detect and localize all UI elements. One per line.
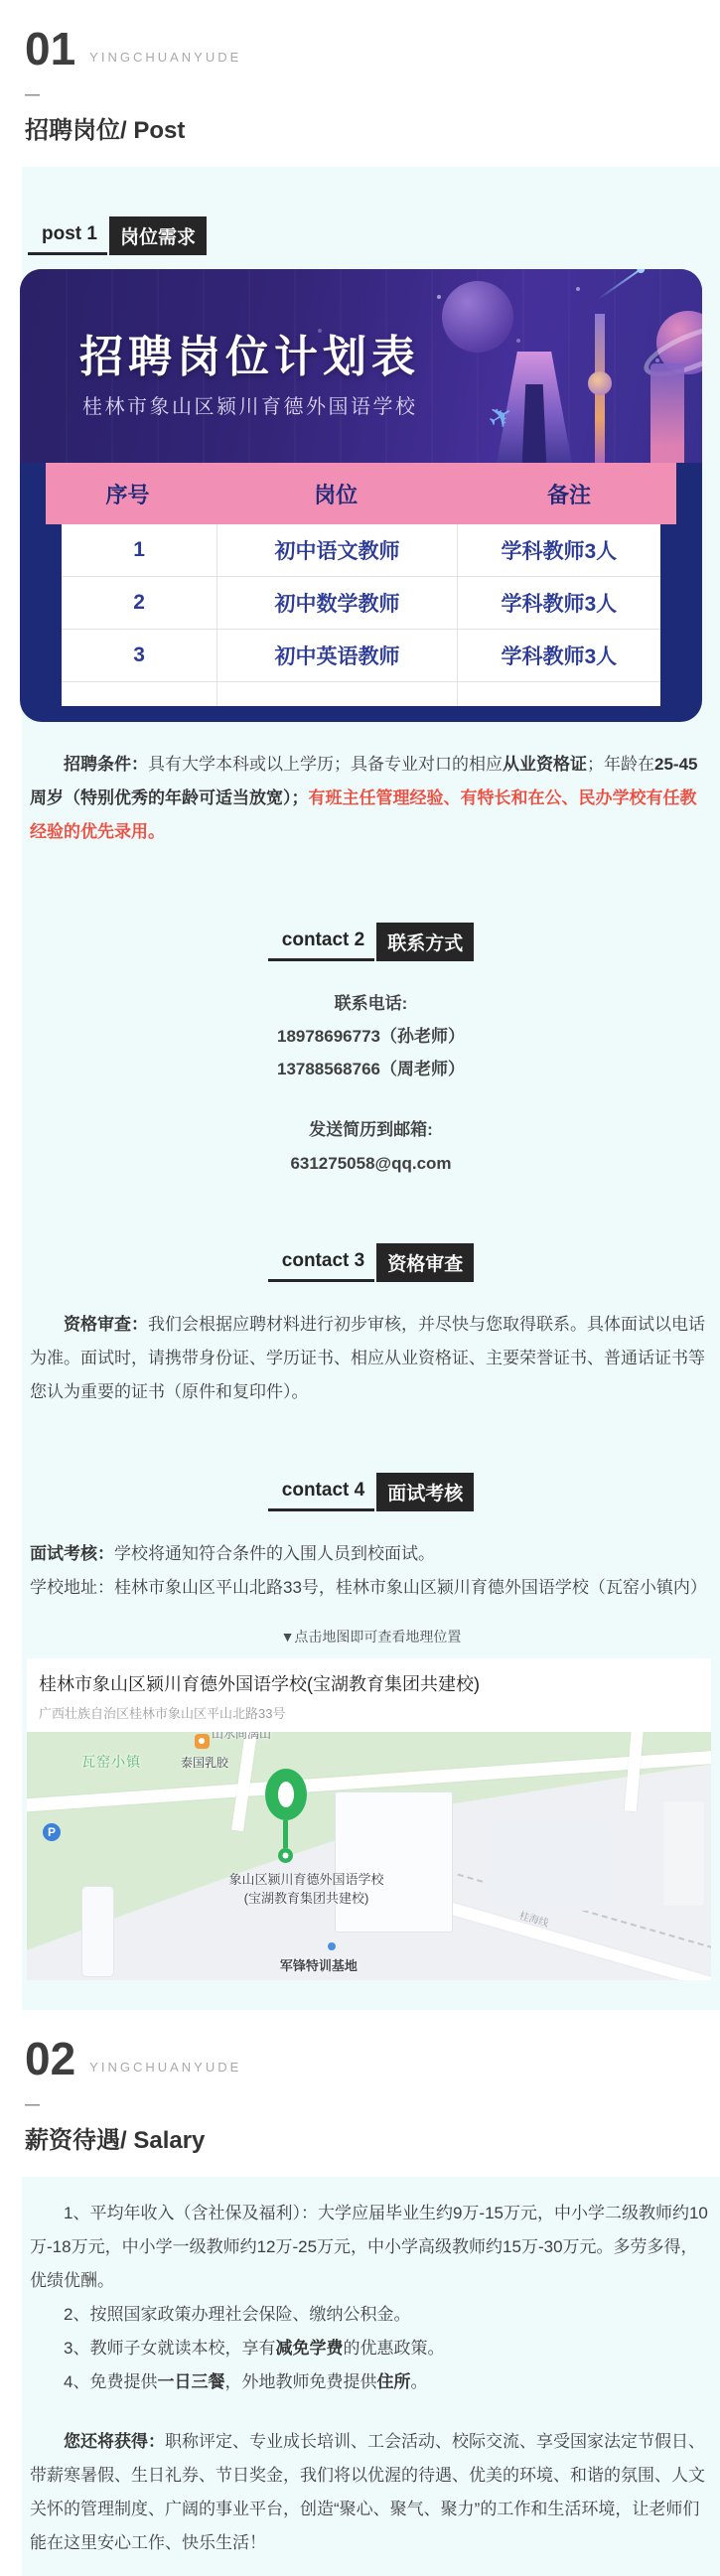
table-row: 2 初中数学教师 学科教师3人 xyxy=(62,577,660,630)
salary-item-4-bold2: 住所 xyxy=(376,2372,410,2391)
cell-remark: 学科教师3人 xyxy=(458,524,660,576)
requirements-paragraph: 招聘条件：具有大学本科或以上学历；具备专业对口的相应从业资格证；年龄在25-45… xyxy=(22,748,720,849)
contact3-badge-en: contact 3 xyxy=(268,1250,374,1282)
section-1-header: 01 YINGCHUANYUDE — 招聘岗位/ Post xyxy=(0,0,720,167)
decorative-dash: — xyxy=(25,2097,720,2112)
cell-index: 3 xyxy=(62,630,217,681)
email-address: 631275058@qq.com xyxy=(22,1147,720,1180)
post-table-header: 序号 岗位 备注 xyxy=(46,463,676,524)
requirements-bold-1: 从业资格证 xyxy=(503,755,587,774)
post-badge: post 1 岗位需求 xyxy=(28,216,720,255)
map-pin-stem xyxy=(283,1820,288,1848)
salary-section: 1、平均年收入（含社保及福利）：大学应届毕业生约9万-15万元，中小学二级教师约… xyxy=(22,2177,720,2576)
cell-post: 初中语文教师 xyxy=(217,524,457,576)
salary-item-4-text: 4、免费提供 xyxy=(64,2372,157,2391)
salary-item-2: 2、按照国家政策办理社会保险、缴纳公积金。 xyxy=(22,2298,720,2332)
salary-item-4-bold1: 一日三餐 xyxy=(157,2372,224,2391)
cell-post: 初中英语教师 xyxy=(217,630,457,681)
contact4-badge-zh: 面试考核 xyxy=(376,1473,474,1511)
map-building-right xyxy=(486,1816,616,1911)
cell-index: 2 xyxy=(62,577,217,629)
phone-number-1: 18978696773（孙老师） xyxy=(22,1020,720,1053)
col-header-post: 岗位 xyxy=(210,479,462,509)
contact3-badge: contact 3 资格审查 xyxy=(22,1243,720,1282)
col-header-index: 序号 xyxy=(46,479,210,509)
poi-dot-icon xyxy=(328,1942,336,1950)
poster-title: 招聘岗位计划表 xyxy=(79,321,420,384)
map-card-header: 桂林市象山区颍川育德外国语学校(宝湖教育集团共建校) 广西壮族自治区桂林市象山区… xyxy=(27,1658,711,1732)
map-pin-label: 象山区颍川育德外国语学校 (宝湖教育集团共建校) xyxy=(187,1871,425,1909)
map-pin-label-line2: (宝湖教育集团共建校) xyxy=(187,1890,425,1909)
contact3-badge-zh: 资格审查 xyxy=(376,1243,474,1282)
requirements-text-2: ；年龄在 xyxy=(587,755,654,774)
salary-item-3-tail: 的优惠政策。 xyxy=(343,2339,444,2358)
map-pin-label-line1: 象山区颍川育德外国语学校 xyxy=(187,1871,425,1890)
map-label-shop: 泰国乳胶 xyxy=(181,1754,228,1771)
salary-item-4-mid: ，外地教师免费提供 xyxy=(224,2372,376,2391)
shop-poi-icon xyxy=(195,1734,210,1749)
requirements-bold-3: （特别优秀的年龄可适当放宽）； xyxy=(64,788,309,807)
map-poi-title: 桂林市象山区颍川育德外国语学校(宝湖教育集团共建校) xyxy=(39,1670,699,1696)
closing-paragraph: 您还将获得：职称评定、专业成长培训、工会活动、校际交流、享受国家法定节假日、带薪… xyxy=(22,2425,720,2560)
map-label-training-base: 军锋特训基地 xyxy=(280,1955,358,1974)
cell-post: 初中数学教师 xyxy=(217,577,457,629)
interview-lead: 面试考核： xyxy=(30,1544,114,1563)
requirements-lead: 招聘条件： xyxy=(64,755,148,774)
section-number: 02 xyxy=(25,2036,75,2081)
map-label-partial: 山水间漓山 xyxy=(212,1732,271,1742)
col-header-remark: 备注 xyxy=(462,479,676,509)
contact4-badge-en: contact 4 xyxy=(268,1480,374,1511)
map-pin-icon[interactable] xyxy=(256,1769,316,1863)
phone-number-2: 13788568766（周老师） xyxy=(22,1053,720,1085)
map-building-far-right xyxy=(663,1801,704,1906)
stars-decoration xyxy=(20,269,24,273)
section-1-number-row: 01 YINGCHUANYUDE xyxy=(25,26,720,72)
contact2-badge-zh: 联系方式 xyxy=(376,923,474,961)
salary-item-4-tail: 。 xyxy=(410,2372,427,2391)
map-hint: ▼点击地图即可查看地理位置 xyxy=(22,1627,720,1646)
phone-label: 联系电话: xyxy=(22,987,720,1020)
post-badge-en: post 1 xyxy=(28,223,107,255)
planet-icon xyxy=(442,281,513,353)
review-paragraph: 资格审查：我们会根据应聘材料进行初步审核，并尽快与您取得联系。具体面试以电话为准… xyxy=(22,1308,720,1409)
tv-tower-icon xyxy=(595,314,605,463)
section-2-header: 02 YINGCHUANYUDE — 薪资待遇/ Salary xyxy=(0,2010,720,2177)
map-pin-dot xyxy=(278,1848,293,1863)
table-row: 1 初中语文教师 学科教师3人 xyxy=(62,524,660,577)
contact2-badge-en: contact 2 xyxy=(268,930,374,961)
poster-bottom-edge xyxy=(20,706,702,722)
post-table-body: 1 初中语文教师 学科教师3人 2 初中数学教师 学科教师3人 3 初中英语教师… xyxy=(62,524,660,706)
map-road-bottom-right xyxy=(443,1901,711,1980)
skyscraper-icon xyxy=(650,363,684,463)
section-number: 01 xyxy=(25,26,75,72)
interview-text: 学校将通知符合条件的入围人员到校面试。 xyxy=(114,1544,435,1563)
school-address-line: 学校地址：桂林市象山区平山北路33号，桂林市象山区颍川育德外国语学校（瓦窑小镇内… xyxy=(22,1571,720,1605)
cell-index: 1 xyxy=(62,524,217,576)
recruit-section: post 1 岗位需求 ✈ 招聘岗位计划表 桂林市象山区颍川育德外国语学校 序号… xyxy=(22,167,720,2010)
cell-remark: 学科教师3人 xyxy=(458,577,660,629)
brand-watermark: YINGCHUANYUDE xyxy=(89,50,241,72)
interview-paragraph: 面试考核：学校将通知符合条件的入围人员到校面试。 xyxy=(22,1537,720,1571)
map-card[interactable]: 桂林市象山区颍川育德外国语学校(宝湖教育集团共建校) 广西壮族自治区桂林市象山区… xyxy=(27,1658,711,1980)
brand-watermark: YINGCHUANYUDE xyxy=(89,2060,241,2081)
table-row: 3 初中英语教师 学科教师3人 xyxy=(62,630,660,682)
salary-title: 薪资待遇/ Salary xyxy=(25,2120,720,2155)
map-building-school xyxy=(335,1791,453,1932)
contact4-badge: contact 4 面试考核 xyxy=(22,1473,720,1511)
salary-item-3-text: 3、教师子女就读本校，享有 xyxy=(64,2339,275,2358)
email-label: 发送简历到邮箱: xyxy=(22,1113,720,1146)
map-building-left xyxy=(81,1886,114,1977)
salary-item-4: 4、免费提供一日三餐，外地教师免费提供住所。 xyxy=(22,2365,720,2399)
decorative-dash: — xyxy=(25,87,720,102)
review-lead: 资格审查： xyxy=(64,1315,148,1334)
salary-item-3: 3、教师子女就读本校，享有减免学费的优惠政策。 xyxy=(22,2332,720,2365)
post-table: 序号 岗位 备注 1 初中语文教师 学科教师3人 2 初中数学教师 学科教师3人… xyxy=(20,463,702,706)
salary-item-1: 1、平均年收入（含社保及福利）：大学应届毕业生约9万-15万元，中小学二级教师约… xyxy=(22,2197,720,2298)
requirements-text-1: 具有大学本科或以上学历；具备专业对口的相应 xyxy=(148,755,503,774)
map-pin-ring xyxy=(265,1769,307,1820)
closing-lead: 您还将获得： xyxy=(64,2432,165,2451)
section-2-number-row: 02 YINGCHUANYUDE xyxy=(25,2036,720,2081)
page-title: 招聘岗位/ Post xyxy=(25,110,720,145)
recruit-plan-poster: ✈ 招聘岗位计划表 桂林市象山区颍川育德外国语学校 序号 岗位 备注 1 初中语… xyxy=(20,269,702,722)
map-poi-address: 广西壮族自治区桂林市象山区平山北路33号 xyxy=(39,1703,699,1722)
map-label-wayao-town: 瓦窑小镇 xyxy=(81,1752,141,1772)
post-badge-zh: 岗位需求 xyxy=(109,216,207,255)
map-image[interactable]: 桂海线 山水间漓山 瓦窑小镇 泰国乳胶 P 象山区颍川育德外国语学校 (宝湖教育… xyxy=(27,1732,711,1980)
spacer xyxy=(22,1085,720,1113)
salary-item-3-bold: 减免学费 xyxy=(275,2339,343,2358)
contact2-badge: contact 2 联系方式 xyxy=(22,923,720,961)
poster-banner: ✈ 招聘岗位计划表 桂林市象山区颍川育德外国语学校 xyxy=(20,269,702,463)
table-row-partial xyxy=(62,682,660,706)
cell-remark: 学科教师3人 xyxy=(458,630,660,681)
contact-info-block: 联系电话: 18978696773（孙老师） 13788568766（周老师） … xyxy=(22,987,720,1180)
poster-subtitle: 桂林市象山区颍川育德外国语学校 xyxy=(82,390,418,419)
